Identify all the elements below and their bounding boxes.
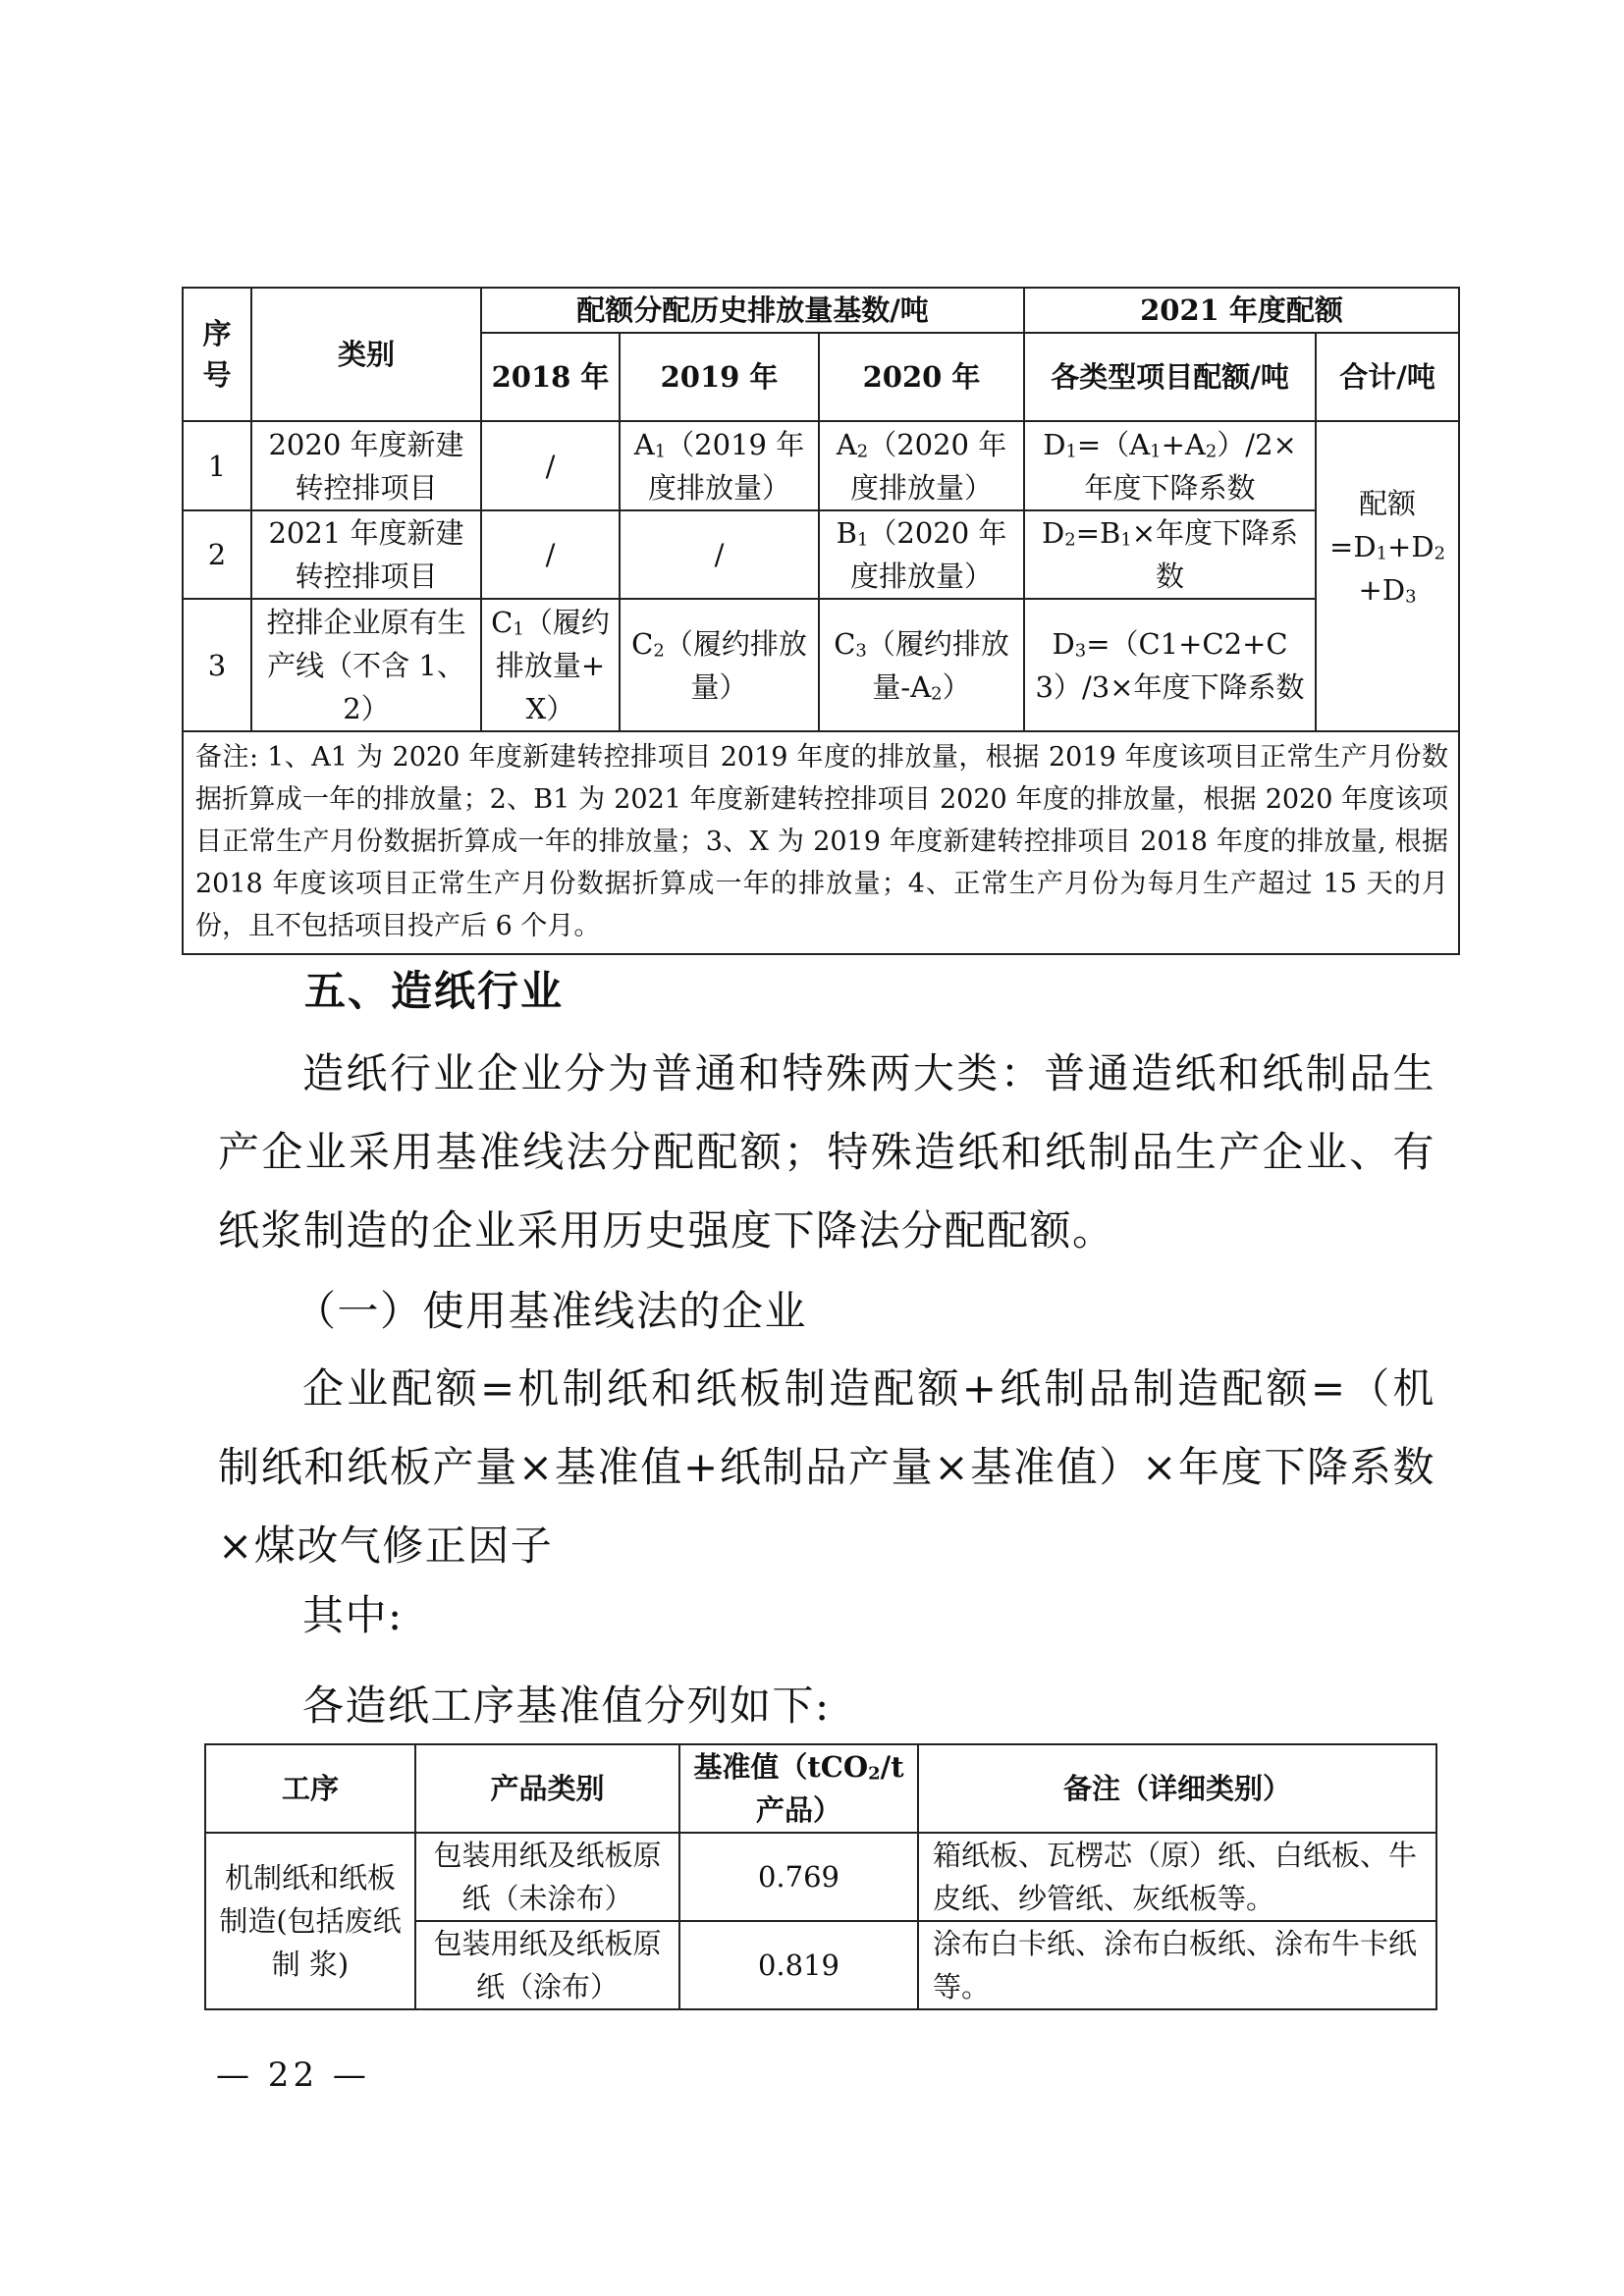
header-seq: 序号 — [183, 288, 251, 421]
cell-remark: 箱纸板、瓦楞芯（原）纸、白纸板、牛 皮纸、纱管纸、灰纸板等。 — [918, 1833, 1436, 1921]
cell-quota: D2=B1×年度下降系数 — [1024, 510, 1316, 599]
cell-seq: 3 — [183, 599, 251, 731]
header-2018: 2018 年 — [481, 333, 620, 421]
cell-remark: 涂布白卡纸、涂布白板纸、涂布牛卡纸等。 — [918, 1921, 1436, 2009]
cell-2020: A2（2020 年度排放量） — [819, 421, 1024, 510]
table-row: 2 2021 年度新建转控排项目 / / B1（2020 年度排放量） D2=B… — [183, 510, 1459, 599]
cell-category: 2021 年度新建转控排项目 — [251, 510, 481, 599]
table-row: 机制纸和纸板制造(包括废纸制 浆) 包装用纸及纸板原纸（未涂布） 0.769 箱… — [205, 1833, 1436, 1921]
cell-2020: B1（2020 年度排放量） — [819, 510, 1024, 599]
header-category: 类别 — [251, 288, 481, 421]
cell-quota: D1=（A1+A2）/2×年度下降系数 — [1024, 421, 1316, 510]
cell-2019: / — [620, 510, 819, 599]
header-remark: 备注（详细类别） — [918, 1744, 1436, 1833]
allocation-table: 序号 类别 配额分配历史排放量基数/吨 2021 年度配额 2018 年 201… — [182, 287, 1460, 955]
cell-category: 控排企业原有生产线（不含 1、2） — [251, 599, 481, 731]
header-benchmark: 基准值（tCO2/t 产品） — [679, 1744, 918, 1833]
table-row: 3 控排企业原有生产线（不含 1、2） C1（履约排放量+X） C2（履约排放量… — [183, 599, 1459, 731]
header-product: 产品类别 — [415, 1744, 679, 1833]
header-process: 工序 — [205, 1744, 415, 1833]
where-label: 其中: — [302, 1590, 404, 1641]
header-2019: 2019 年 — [620, 333, 819, 421]
header-history-group: 配额分配历史排放量基数/吨 — [481, 288, 1024, 333]
cell-process: 机制纸和纸板制造(包括废纸制 浆) — [205, 1833, 415, 2009]
list-intro: 各造纸工序基准值分列如下: — [302, 1681, 831, 1732]
cell-quota: D3=（C1+C2+C3）/3×年度下降系数 — [1024, 599, 1316, 731]
sub-heading: （一）使用基准线法的企业 — [295, 1286, 807, 1337]
benchmark-table: 工序 产品类别 基准值（tCO2/t 产品） 备注（详细类别） 机制纸和纸板制造… — [204, 1743, 1437, 2010]
page-number: — 22 — — [216, 2056, 370, 2095]
cell-product: 包装用纸及纸板原纸（涂布） — [415, 1921, 679, 2009]
intro-paragraph: 造纸行业企业分为普通和特殊两大类：普通造纸和纸制品生产企业采用基准线法分配配额；… — [218, 1035, 1435, 1270]
header-total: 合计/吨 — [1316, 333, 1459, 421]
formula-paragraph: 企业配额=机制纸和纸板制造配额+纸制品制造配额=（机制纸和纸板产量×基准值+纸制… — [218, 1350, 1435, 1585]
section-heading: 五、造纸行业 — [304, 966, 564, 1017]
cell-seq: 1 — [183, 421, 251, 510]
cell-value: 0.819 — [679, 1921, 918, 2009]
header-2020: 2020 年 — [819, 333, 1024, 421]
table-row: 1 2020 年度新建转控排项目 / A1（2019 年度排放量） A2（202… — [183, 421, 1459, 510]
cell-2019: A1（2019 年度排放量） — [620, 421, 819, 510]
cell-2018: C1（履约排放量+X） — [481, 599, 620, 731]
cell-total-formula: 配额=D1+D2+D3 — [1316, 421, 1459, 731]
cell-seq: 2 — [183, 510, 251, 599]
header-quota-group: 2021 年度配额 — [1024, 288, 1459, 333]
table-note: 备注: 1、A1 为 2020 年度新建转控排项目 2019 年度的排放量，根据… — [183, 731, 1459, 954]
cell-product: 包装用纸及纸板原纸（未涂布） — [415, 1833, 679, 1921]
cell-2018: / — [481, 510, 620, 599]
cell-value: 0.769 — [679, 1833, 918, 1921]
cell-category: 2020 年度新建转控排项目 — [251, 421, 481, 510]
cell-2018: / — [481, 421, 620, 510]
cell-2020: C3（履约排放量-A2） — [819, 599, 1024, 731]
cell-2019: C2（履约排放量） — [620, 599, 819, 731]
header-type-quota: 各类型项目配额/吨 — [1024, 333, 1316, 421]
